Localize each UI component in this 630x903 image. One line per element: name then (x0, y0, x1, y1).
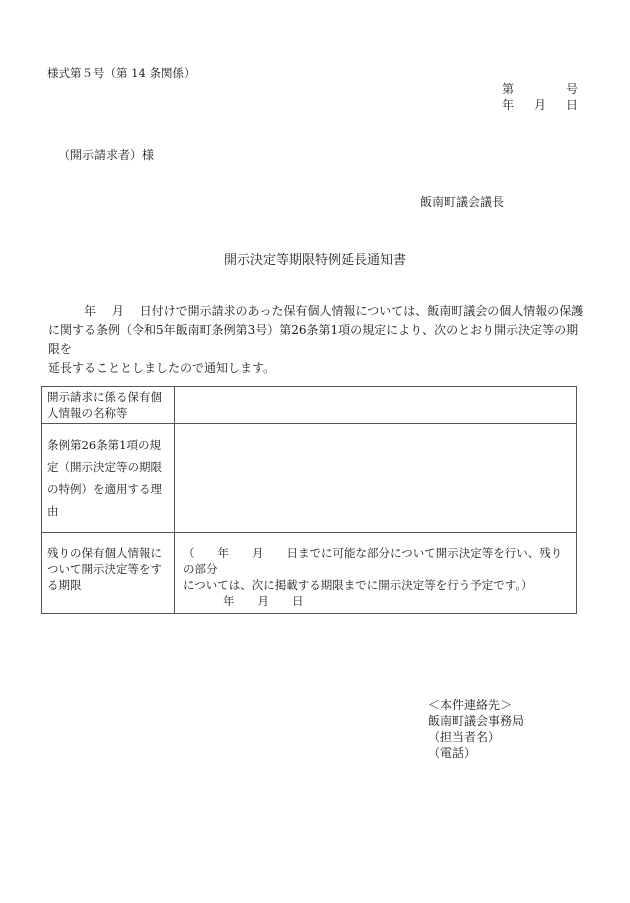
document-number: 第 号 (502, 80, 578, 97)
recipient: （開示請求者）様 (58, 146, 154, 163)
document-date: 年 月 日 (502, 96, 578, 113)
body-line-3: 延長することとしましたので通知します。 (48, 359, 588, 378)
row-label-info-name: 開示請求に係る保有個人情報の名称等 (42, 387, 175, 424)
contact-block: ＜本件連絡先＞ 飯南町議会事務局 （担当者名） （電話） (428, 697, 524, 761)
date-month: 月 (534, 96, 546, 113)
sender: 飯南町議会議長 (420, 193, 504, 210)
row-value-info-name[interactable] (175, 387, 577, 424)
form-reference: 様式第５号（第 14 条関係） (47, 65, 195, 81)
deadline-line-1: （ 年 月 日までに可能な部分について開示決定等を行い、残りの部分 (183, 545, 571, 577)
doc-number-suffix: 号 (566, 80, 578, 97)
contact-heading: ＜本件連絡先＞ (428, 697, 524, 713)
contact-person: （担当者名） (428, 729, 524, 745)
deadline-line-3: 年 月 日 (183, 593, 571, 609)
table-row: 条例第26条第1項の規定（開示決定等の期限の特例）を適用する理由 (42, 424, 577, 533)
contact-office: 飯南町議会事務局 (428, 713, 524, 729)
date-year: 年 (502, 96, 514, 113)
table-row: 開示請求に係る保有個人情報の名称等 (42, 387, 577, 424)
row-value-deadline[interactable]: （ 年 月 日までに可能な部分について開示決定等を行い、残りの部分 については、… (175, 533, 577, 614)
doc-number-prefix: 第 (502, 80, 514, 97)
notice-table: 開示請求に係る保有個人情報の名称等 条例第26条第1項の規定（開示決定等の期限の… (41, 386, 577, 614)
contact-phone: （電話） (428, 745, 524, 761)
table-row: 残りの保有個人情報について開示決定等をする期限 （ 年 月 日までに可能な部分に… (42, 533, 577, 614)
row-label-reason: 条例第26条第1項の規定（開示決定等の期限の特例）を適用する理由 (42, 424, 175, 533)
deadline-line-2: については、次に掲載する期限までに開示決定等を行う予定です。） (183, 577, 571, 593)
document-title: 開示決定等期限特例延長通知書 (0, 249, 630, 268)
row-label-deadline: 残りの保有個人情報について開示決定等をする期限 (42, 533, 175, 614)
row-value-reason[interactable] (175, 424, 577, 533)
body-line-1: 年 月 日付けで開示請求のあった保有個人情報については、飯南町議会の個人情報の保… (48, 302, 588, 321)
date-day: 日 (566, 96, 578, 113)
body-line-2: に関する条例（令和5年飯南町条例第3号）第26条第1項の規定により、次のとおり開… (48, 321, 588, 359)
body-text: 年 月 日付けで開示請求のあった保有個人情報については、飯南町議会の個人情報の保… (48, 302, 588, 378)
